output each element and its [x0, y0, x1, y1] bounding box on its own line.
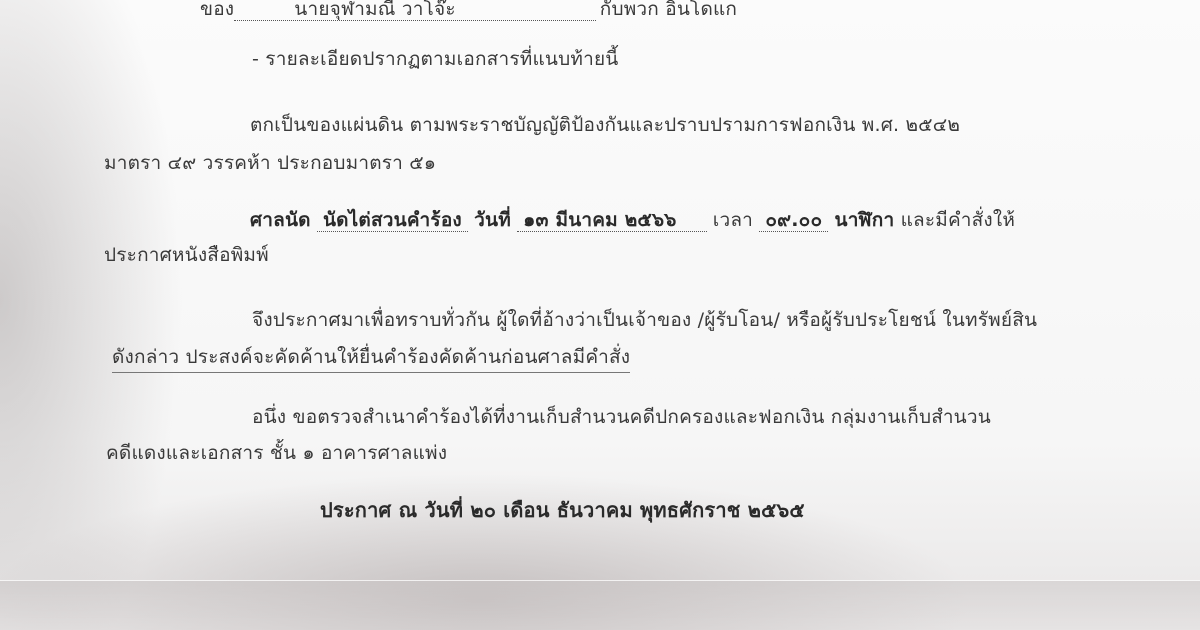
court-appointment-label: ศาลนัด — [250, 209, 311, 231]
hearing-date-label: วันที่ — [474, 209, 511, 231]
forfeiture-text: ตกเป็นของแผ่นดิน ตามพระราชบัญญัติป้องกัน… — [250, 110, 960, 140]
hearing-time: ๐๙.๐๐ — [759, 209, 828, 232]
inspection-location: คดีแดงและเอกสาร ชั้น ๑ อาคารศาลแพ่ง — [106, 438, 447, 468]
inspection-text: อนึ่ง ขอตรวจสำเนาคำร้องได้ที่งานเก็บสำนว… — [252, 402, 991, 432]
details-note: - รายละเอียดปรากฏตามเอกสารที่แนบท้ายนี้ — [252, 44, 618, 74]
forfeiture-section: มาตรา ๔๙ วรรคห้า ประกอบมาตรา ๕๑ — [104, 148, 436, 178]
newspaper-notice: ประกาศหนังสือพิมพ์ — [104, 240, 269, 270]
announcement-text: จึงประกาศมาเพื่อทราบทั่วกัน ผู้ใดที่อ้าง… — [252, 305, 1037, 335]
hearing-line: ศาลนัด นัดไต่สวนคำร้อง วันที่ ๑๓ มีนาคม … — [250, 205, 1015, 235]
hearing-tail: และมีคำสั่งให้ — [901, 209, 1015, 231]
party-prefix: ของ — [200, 0, 234, 20]
objection-text: ดังกล่าว ประสงค์จะคัดค้านให้ยื่นคำร้องคั… — [112, 342, 630, 373]
defendant-name: นายจุฬามณี วาโจ๊ะ — [234, 0, 595, 21]
hearing-time-label: เวลา — [713, 209, 753, 231]
hearing-time-unit: นาฬิกา — [835, 209, 895, 231]
paper-fold-shadow — [0, 580, 1200, 630]
party-line: ของนายจุฬามณี วาโจ๊ะกับพวก อินโดแก — [200, 0, 737, 24]
co-defendants: กับพวก อินโดแก — [600, 0, 737, 20]
hearing-type: นัดไต่สวนคำร้อง — [317, 209, 468, 232]
announcement-date: ประกาศ ณ วันที่ ๒๐ เดือน ธันวาคม พุทธศัก… — [320, 494, 805, 526]
hearing-date: ๑๓ มีนาคม ๒๕๖๖ — [517, 209, 706, 232]
